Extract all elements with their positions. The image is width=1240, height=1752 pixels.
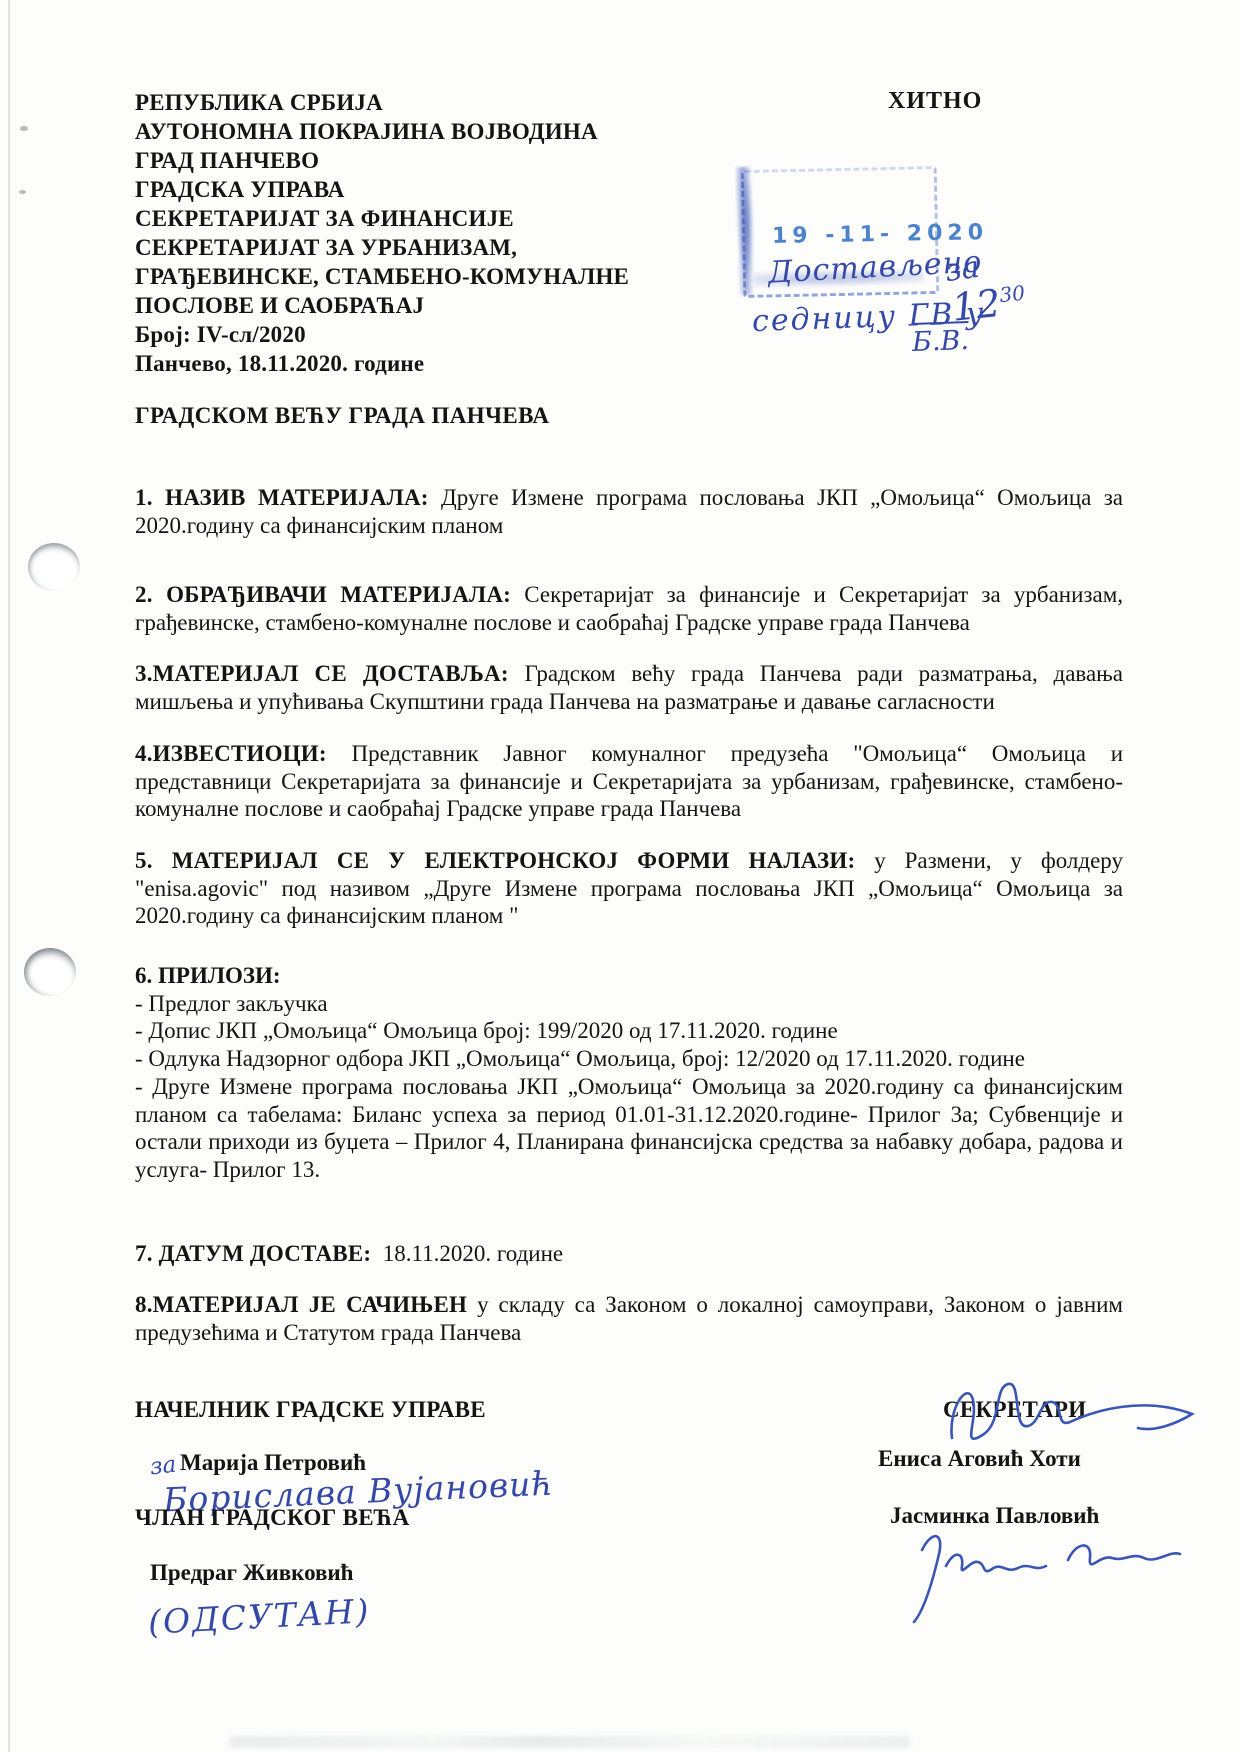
letterhead: РЕПУБЛИКА СРБИЈА АУТОНОМНА ПОКРАЈИНА ВОЈ… (135, 88, 629, 378)
handwritten-za: за (149, 1452, 178, 1481)
scanned-document-page: РЕПУБЛИКА СРБИЈА АУТОНОМНА ПОКРАЈИНА ВОЈ… (0, 0, 1240, 1752)
section-4-label: 4.ИЗВЕСТИОЦИ: (135, 741, 327, 766)
stamp-handwriting-initials: Б.В. (911, 321, 969, 358)
attachment-item: - Одлука Надзорног одбора ЈКП „Омољица“ … (135, 1045, 1123, 1073)
handwritten-absent-note: (ОДСУТАН) (147, 1591, 371, 1642)
section-8: 8.МАТЕРИЈАЛ ЈЕ САЧИЊЕН у складу са Закон… (135, 1291, 1123, 1346)
section-5-label: 5. МАТЕРИЈАЛ СЕ У ЕЛЕКТРОНСКОЈ ФОРМИ НАЛ… (135, 848, 855, 873)
document-date-place: Панчево, 18.11.2020. године (135, 349, 629, 378)
letterhead-line: ГРАД ПАНЧЕВО (135, 146, 629, 175)
section-6-label: 6. ПРИЛОЗИ: (135, 962, 1123, 990)
section-7-text: 18.11.2020. године (383, 1241, 563, 1266)
letterhead-line: РЕПУБЛИКА СРБИЈА (135, 88, 629, 117)
scan-speck (20, 126, 28, 131)
letterhead-line: ПОСЛОВЕ И САОБРАЋАЈ (135, 291, 629, 320)
attachment-item: - Предлог закључка (135, 990, 1123, 1018)
section-1: 1. НАЗИВ МАТЕРИЈАЛА: Друге Измене програ… (135, 484, 1123, 539)
section-2-label: 2. ОБРАЂИВАЧИ МАТЕРИЈАЛА: (135, 582, 511, 607)
letterhead-line: СЕКРЕТАРИЈАТ ЗА УРБАНИЗАМ, (135, 233, 629, 262)
section-5: 5. МАТЕРИЈАЛ СЕ У ЕЛЕКТРОНСКОЈ ФОРМИ НАЛ… (135, 847, 1123, 930)
scan-edge-line (8, 0, 10, 1752)
stamp-date: 19 -11- 2020 (772, 220, 988, 249)
section-2: 2. ОБРАЂИВАЧИ МАТЕРИЈАЛА: Секретаријат з… (135, 581, 1123, 636)
right-signatory-name-1: Ениса Аговић Хоти (878, 1446, 1081, 1472)
attachment-item: - Друге Измене програма пословања ЈКП „О… (135, 1073, 1123, 1183)
document-number: Број: IV-сл/2020 (135, 320, 629, 349)
signature-scribble-jasminka (900, 1522, 1190, 1627)
punch-hole (24, 948, 76, 996)
section-7: 7. ДАТУМ ДОСТАВЕ: 18.11.2020. године (135, 1240, 1123, 1268)
left-signature-title: НАЧЕЛНИК ГРАДСКЕ УПРАВЕ (135, 1397, 486, 1423)
letterhead-line: ГРАЂЕВИНСКЕ, СТАМБЕНО-КОМУНАЛНЕ (135, 262, 629, 291)
letterhead-line: ГРАДСКА УПРАВА (135, 175, 629, 204)
left-signatory-name-2: Предраг Живковић (150, 1560, 353, 1586)
letterhead-line: СЕКРЕТАРИЈАТ ЗА ФИНАНСИЈЕ (135, 204, 629, 233)
section-8-label: 8.МАТЕРИЈАЛ ЈЕ САЧИЊЕН (135, 1292, 467, 1317)
stamp-time-minutes: 30 (998, 281, 1026, 308)
left-signature-title-2: ЧЛАН ГРАДСКОГ ВЕЋА (135, 1505, 410, 1531)
punch-hole (28, 543, 80, 591)
section-3-label: 3.МАТЕРИЈАЛ СЕ ДОСТАВЉА: (135, 661, 509, 686)
addressee-heading: ГРАДСКОМ ВЕЋУ ГРАДА ПАНЧЕВА (135, 403, 549, 429)
section-1-label: 1. НАЗИВ МАТЕРИЈАЛА: (135, 485, 429, 510)
attachment-item: - Допис ЈКП „Омољица“ Омољица број: 199/… (135, 1017, 1123, 1045)
urgent-label: ХИТНО (888, 88, 982, 115)
scan-smudge (230, 1736, 910, 1748)
letterhead-line: АУТОНОМНА ПОКРАЈИНА ВОЈВОДИНА (135, 117, 629, 146)
section-7-label: 7. ДАТУМ ДОСТАВЕ: (135, 1241, 371, 1266)
scan-speck (19, 190, 26, 194)
section-3: 3.МАТЕРИЈАЛ СЕ ДОСТАВЉА: Градском већу г… (135, 660, 1123, 715)
section-4: 4.ИЗВЕСТИОЦИ: Представник Јавног комунал… (135, 740, 1123, 823)
